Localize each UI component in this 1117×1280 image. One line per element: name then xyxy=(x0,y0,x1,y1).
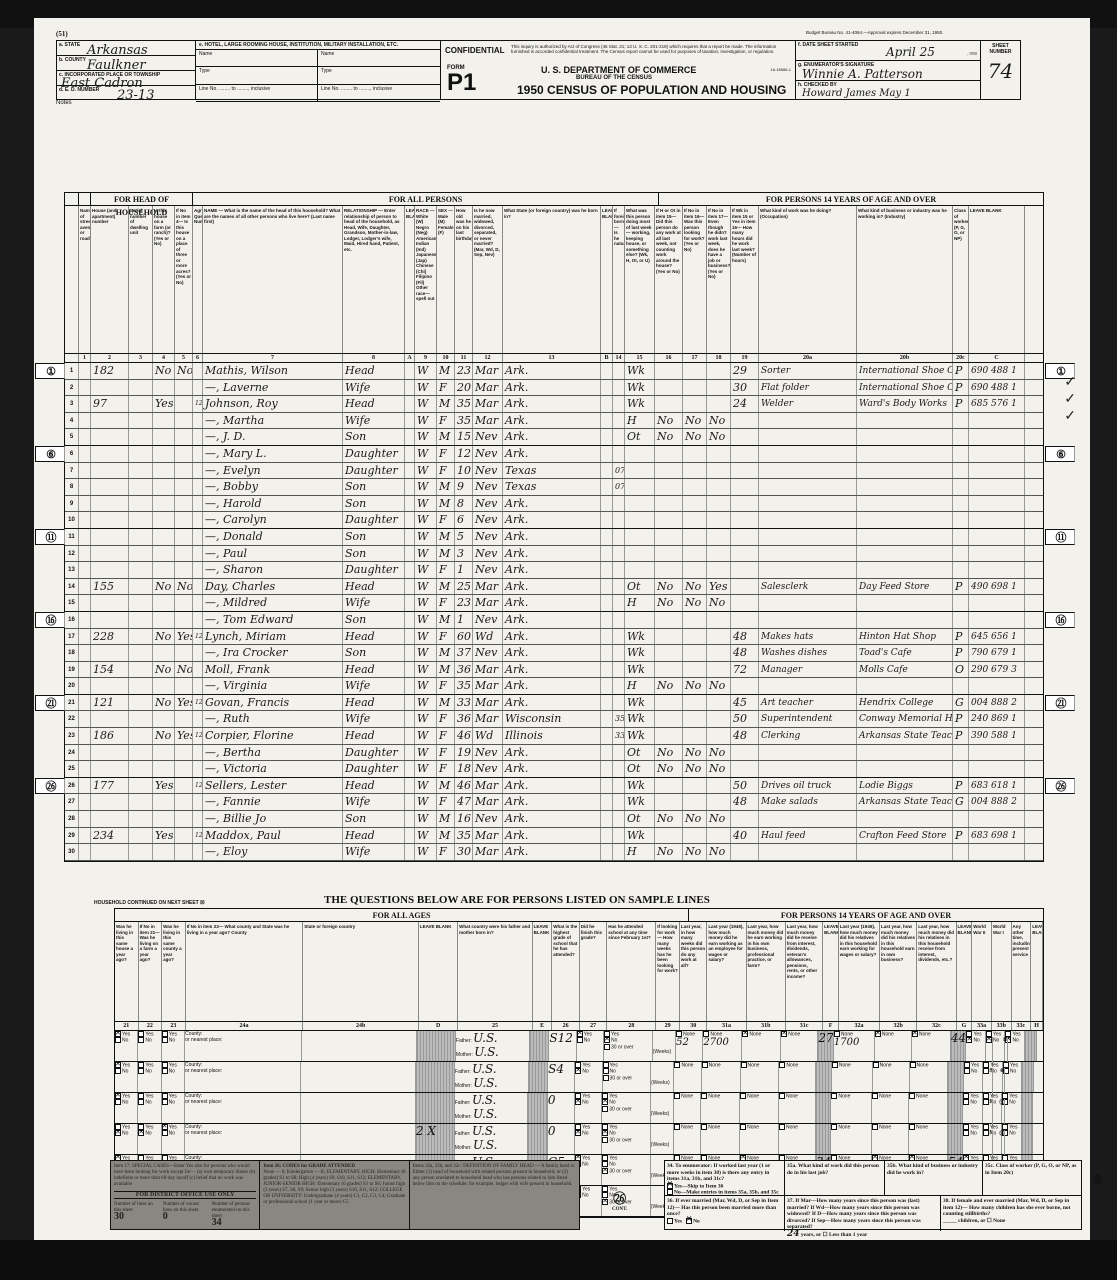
q22-no-checkbox[interactable] xyxy=(138,1068,144,1074)
table-row: 21121NoYes125Govan, FrancisHeadWM33MarAr… xyxy=(65,695,1043,712)
school-no-checkbox[interactable] xyxy=(602,1099,608,1105)
ww1-no-checkbox[interactable] xyxy=(983,1130,989,1136)
cell-rel: Head xyxy=(343,828,405,844)
cell-race: W xyxy=(415,413,437,429)
sample-column-header-27: Did he finish this grade? xyxy=(580,922,607,1021)
cell-hours: 45 xyxy=(731,695,759,711)
q23-no-checkbox[interactable] xyxy=(162,1130,168,1136)
cell-farm xyxy=(153,446,175,462)
wages-none-checkbox[interactable] xyxy=(701,1124,707,1130)
column-number-4: 4 xyxy=(153,354,175,362)
q21-yes-checkbox[interactable] xyxy=(115,1031,121,1037)
cell-nat xyxy=(613,745,625,761)
cell-acres xyxy=(175,612,193,628)
cell-acres xyxy=(175,546,193,562)
column-number-B: B xyxy=(601,354,613,362)
cell-code xyxy=(969,479,1025,495)
cell-code: 690 488 1 xyxy=(969,380,1025,396)
column-number-20c: 20c xyxy=(953,354,969,362)
sample-cell-32c: None xyxy=(912,1031,951,1061)
sample-column-header-25: What country were his father and mother … xyxy=(458,922,532,1021)
cell-blank xyxy=(405,794,415,810)
business-none-checkbox[interactable] xyxy=(740,1124,746,1130)
cell-mar: Mar xyxy=(473,595,503,611)
q23-no-checkbox[interactable] xyxy=(162,1099,168,1105)
q21-no-checkbox[interactable] xyxy=(115,1130,121,1136)
cell-age: 16 xyxy=(455,811,473,827)
cell-mar: Nev xyxy=(473,562,503,578)
cell-house xyxy=(91,529,129,545)
sample-cell-23: YesNo xyxy=(162,1124,185,1154)
line-number: 13 xyxy=(65,562,79,578)
cell-q18: No xyxy=(707,745,731,761)
sample-cell-26: S4 xyxy=(548,1062,575,1092)
cell-house: 228 xyxy=(91,629,129,645)
q23-no-checkbox[interactable] xyxy=(162,1068,168,1074)
q23-no-checkbox[interactable] xyxy=(162,1037,168,1043)
cell-activity: H xyxy=(625,595,655,611)
cell-agri xyxy=(193,496,203,512)
item36-yes-checkbox[interactable] xyxy=(667,1218,673,1224)
item34-no-checkbox[interactable] xyxy=(667,1189,673,1195)
sample-line-marker: ① xyxy=(35,363,65,379)
cell-acres: No xyxy=(175,363,193,379)
sample-cell-30: None xyxy=(674,1124,701,1154)
ww1-yes-checkbox[interactable] xyxy=(983,1093,989,1099)
cell-occupation xyxy=(759,429,857,445)
cell-race: W xyxy=(415,363,437,379)
cell-q16: No xyxy=(655,678,683,694)
ww2-no-checkbox[interactable] xyxy=(964,1068,970,1074)
cell-acres xyxy=(175,479,193,495)
cell-race: W xyxy=(415,463,437,479)
cell-rel: Wife xyxy=(343,595,405,611)
cell-hours: 48 xyxy=(731,794,759,810)
ww2-yes-checkbox[interactable] xyxy=(963,1124,969,1130)
q21-no-checkbox[interactable] xyxy=(115,1037,121,1043)
school-30-over-checkbox[interactable] xyxy=(602,1106,608,1112)
table-row: 20—, VirginiaWifeWF35MarArk.HNoNoNo xyxy=(65,678,1043,695)
cell-name: Govan, Francis xyxy=(203,695,343,711)
sheet-number: 74 xyxy=(981,55,1020,83)
q22-yes-checkbox[interactable] xyxy=(138,1093,144,1099)
cell-sex: M xyxy=(437,363,455,379)
rel-business-none-checkbox[interactable] xyxy=(873,1062,879,1068)
rel-business-none-checkbox[interactable] xyxy=(872,1093,878,1099)
sample-cell-33a: YesNo xyxy=(963,1124,982,1154)
cell-sex: M xyxy=(437,695,455,711)
finished-no-checkbox[interactable] xyxy=(577,1037,583,1043)
population-table: FOR HEAD OF HOUSEHOLD FOR ALL PERSONS FO… xyxy=(64,192,1044,862)
cell-activity: Ot xyxy=(625,761,655,777)
cell-q16 xyxy=(655,645,683,661)
rel-wages-none-checkbox[interactable] xyxy=(831,1124,837,1130)
finished-no-checkbox[interactable] xyxy=(575,1099,581,1105)
cell-mar: Nev xyxy=(473,463,503,479)
line-number: 20 xyxy=(65,678,79,694)
cell-blank xyxy=(405,396,415,412)
school-30-over-checkbox[interactable] xyxy=(603,1075,609,1081)
cell-mar: Wd xyxy=(473,629,503,645)
school-yes-checkbox[interactable] xyxy=(603,1062,609,1068)
cell-occupation xyxy=(759,595,857,611)
ww1-yes-checkbox[interactable] xyxy=(983,1124,989,1130)
persons-value: 34 xyxy=(212,1220,257,1226)
sample-column-header-D: LEAVE BLANK xyxy=(419,922,458,1021)
cell-name: —, Mildred xyxy=(203,595,343,611)
other-income-none-checkbox[interactable] xyxy=(779,1093,785,1099)
sample-cell-32b: None xyxy=(872,1124,909,1154)
item36-no-checkbox[interactable] xyxy=(686,1218,692,1224)
cell-farm xyxy=(153,612,175,628)
rel-wages-none-checkbox[interactable] xyxy=(834,1031,840,1037)
date-value: April 25 xyxy=(886,45,935,59)
cell-q16 xyxy=(655,695,683,711)
cell-blank xyxy=(79,562,91,578)
column-number-C: C xyxy=(969,354,1025,362)
sample-column-header-31c: Last year, how much money did he receive… xyxy=(786,922,823,1021)
cell-acres xyxy=(175,844,193,860)
cell-nat xyxy=(613,546,625,562)
sample-cell-G xyxy=(948,1124,964,1154)
cell-occupation xyxy=(759,844,857,860)
items-34-38: 34. To enumerator: If worked last year (… xyxy=(664,1160,1082,1230)
cell-q17 xyxy=(683,629,707,645)
q21-no-checkbox[interactable] xyxy=(115,1099,121,1105)
table-body: 1182NoNoMathis, WilsonHeadWM23MarArk.Wk2… xyxy=(65,363,1043,861)
cell-farm xyxy=(153,529,175,545)
weeks-none-checkbox[interactable] xyxy=(674,1124,680,1130)
cell-q18 xyxy=(707,828,731,844)
sample-cell-31a: None xyxy=(701,1093,740,1123)
cell-q16 xyxy=(655,446,683,462)
school-yes-checkbox[interactable] xyxy=(602,1155,608,1161)
sheet-number-block: SHEET NUMBER 74 xyxy=(981,40,1021,100)
cell-rel: Daughter xyxy=(343,761,405,777)
cell-blank xyxy=(601,629,613,645)
sample-column-number-F: F xyxy=(823,1022,839,1030)
cell-nat xyxy=(613,778,625,794)
table-row: 11—, DonaldSonWM5NevArk.⑪⑪ xyxy=(65,529,1043,546)
cell-blank xyxy=(601,678,613,694)
q22-no-checkbox[interactable] xyxy=(138,1130,144,1136)
q23-yes-checkbox[interactable] xyxy=(162,1031,168,1037)
cell-hours: 72 xyxy=(731,662,759,678)
column-number-A: A xyxy=(405,354,415,362)
q22-no-checkbox[interactable] xyxy=(138,1037,144,1043)
school-no-checkbox[interactable] xyxy=(603,1068,609,1074)
cell-code: 004 888 2 xyxy=(969,695,1025,711)
column-header-18: If No in item 17— Even though he didn't … xyxy=(707,206,731,353)
cell-agri xyxy=(193,662,203,678)
cell-occupation: Flat folder xyxy=(759,380,857,396)
cell-agri: 127 xyxy=(193,778,203,794)
q21-yes-checkbox[interactable] xyxy=(115,1093,121,1099)
item36-yes-label: Yes xyxy=(674,1218,682,1224)
cell-name: —, Paul xyxy=(203,546,343,562)
rel-other-none-checkbox[interactable] xyxy=(909,1093,915,1099)
item34-yes-checkbox[interactable] xyxy=(667,1183,673,1189)
line-number: 11 xyxy=(65,529,79,545)
cell-blank xyxy=(129,794,153,810)
cell-acres xyxy=(175,678,193,694)
cell-blank xyxy=(601,529,613,545)
cell-industry xyxy=(857,612,953,628)
cell-q16 xyxy=(655,363,683,379)
cell-rel: Head xyxy=(343,396,405,412)
item36-no-label: No xyxy=(693,1218,700,1224)
cell-farm xyxy=(153,844,175,860)
rel-business-none-checkbox[interactable] xyxy=(872,1124,878,1130)
sample-cell-33c: YesNo xyxy=(1005,1031,1025,1061)
cell-agri: 128 xyxy=(193,828,203,844)
cell-age: 10 xyxy=(455,463,473,479)
weeks-none-checkbox[interactable] xyxy=(676,1031,682,1037)
column-number-5: 5 xyxy=(175,354,193,362)
item37-value: 24 xyxy=(787,1229,800,1239)
sample-line-marker-right: ⑪ xyxy=(1045,529,1075,545)
cell-born: Ark. xyxy=(503,645,601,661)
q22-no-checkbox[interactable] xyxy=(138,1099,144,1105)
rel-other-none-checkbox[interactable] xyxy=(912,1031,918,1037)
confidential-label: CONFIDENTIAL xyxy=(445,46,505,55)
cell-acres xyxy=(175,496,193,512)
sample-line-marker: ㉖ xyxy=(35,778,65,794)
cell-rel: Wife xyxy=(343,678,405,694)
wages-none-checkbox[interactable] xyxy=(703,1031,709,1037)
cell-race: W xyxy=(415,629,437,645)
line-number: 17 xyxy=(65,629,79,645)
cell-hours: 50 xyxy=(731,711,759,727)
line-number: 10 xyxy=(65,512,79,528)
cont-label: CONT. xyxy=(612,1207,627,1212)
cell-industry: International Shoe Co. xyxy=(857,380,953,396)
q22-yes-checkbox[interactable] xyxy=(138,1062,144,1068)
line-number: 24 xyxy=(65,745,79,761)
cell-blank xyxy=(79,463,91,479)
cell-acres: Yes xyxy=(175,695,193,711)
business-none-checkbox[interactable] xyxy=(740,1093,746,1099)
column-header-4: Is this house on a farm (or ranch)? (Yes… xyxy=(153,206,175,353)
sample-column-number-31a: 31a xyxy=(707,1022,746,1030)
cell-industry xyxy=(857,844,953,860)
sample-cell-21: YesNo xyxy=(115,1124,138,1154)
cell-race: W xyxy=(415,844,437,860)
q21-yes-checkbox[interactable] xyxy=(115,1062,121,1068)
cell-nat: 33 xyxy=(613,728,625,744)
sample-column-number-24a: 24a xyxy=(186,1022,304,1030)
ww2-no-checkbox[interactable] xyxy=(963,1099,969,1105)
cell-house: 121 xyxy=(91,695,129,711)
weeks-none-checkbox[interactable] xyxy=(674,1093,680,1099)
sample-column-number-32c: 32c xyxy=(917,1022,956,1030)
cell-age: 9 xyxy=(455,479,473,495)
cell-occupation xyxy=(759,529,857,545)
rel-other-none-checkbox[interactable] xyxy=(909,1124,915,1130)
q23-yes-checkbox[interactable] xyxy=(162,1093,168,1099)
cell-farm xyxy=(153,745,175,761)
cell-q16 xyxy=(655,496,683,512)
ww2-no-checkbox[interactable] xyxy=(966,1037,972,1043)
cell-sex: F xyxy=(437,446,455,462)
rel-wages-none-checkbox[interactable] xyxy=(832,1062,838,1068)
q23-yes-checkbox[interactable] xyxy=(162,1124,168,1130)
column-number-20a: 20a xyxy=(759,354,857,362)
sample-cell-27: YesNo xyxy=(575,1124,602,1154)
cell-race: W xyxy=(415,380,437,396)
continuation-marker: ㉖ CONT. xyxy=(612,1188,627,1212)
business-none-checkbox[interactable] xyxy=(741,1062,747,1068)
cell-occupation: Haul feed xyxy=(759,828,857,844)
cell-sex: F xyxy=(437,844,455,860)
cell-activity xyxy=(625,463,655,479)
cell-occupation xyxy=(759,761,857,777)
cell-hours xyxy=(731,546,759,562)
cell-class xyxy=(953,479,969,495)
cell-race: W xyxy=(415,794,437,810)
cell-agri xyxy=(193,711,203,727)
cell-race: W xyxy=(415,728,437,744)
school-30-over-checkbox[interactable] xyxy=(602,1137,608,1143)
cell-class xyxy=(953,678,969,694)
cell-class xyxy=(953,429,969,445)
cell-hours xyxy=(731,678,759,694)
sample-cell-32c: None xyxy=(909,1093,948,1123)
cell-hours xyxy=(731,612,759,628)
cell-blank xyxy=(129,595,153,611)
sample-cell-32a: None xyxy=(832,1062,873,1092)
wages-none-checkbox[interactable] xyxy=(702,1062,708,1068)
q21-no-checkbox[interactable] xyxy=(115,1068,121,1074)
sample-cell-31b: None xyxy=(742,1031,781,1061)
cell-q16 xyxy=(655,629,683,645)
school-yes-checkbox[interactable] xyxy=(602,1186,608,1192)
rel-wages-none-checkbox[interactable] xyxy=(831,1093,837,1099)
sample-cell-H xyxy=(1022,1093,1034,1123)
cell-q17 xyxy=(683,645,707,661)
other-income-none-checkbox[interactable] xyxy=(779,1124,785,1130)
wages: 2700 xyxy=(703,1037,728,1048)
cell-farm: No xyxy=(153,662,175,678)
cell-q17 xyxy=(683,479,707,495)
sample-column-header-30: Last year, in how many weeks did this pe… xyxy=(680,922,707,1021)
school-30-over-checkbox[interactable] xyxy=(602,1199,608,1205)
cell-born: Ark. xyxy=(503,745,601,761)
column-number-6: 6 xyxy=(193,354,203,362)
date-year: , 1950 xyxy=(967,51,977,56)
cell-class: P xyxy=(953,828,969,844)
ww2-yes-checkbox[interactable] xyxy=(964,1062,970,1068)
sample-cell-32a: None1700 xyxy=(834,1031,875,1061)
school-no-checkbox[interactable] xyxy=(604,1037,610,1043)
cell-farm xyxy=(153,562,175,578)
cell-blank xyxy=(129,380,153,396)
cell-occupation xyxy=(759,612,857,628)
cell-blank xyxy=(405,429,415,445)
business-none-checkbox[interactable] xyxy=(742,1031,748,1037)
cell-farm xyxy=(153,463,175,479)
cell-q17 xyxy=(683,446,707,462)
school-30-over-checkbox[interactable] xyxy=(604,1044,610,1050)
cell-born: Ark. xyxy=(503,413,601,429)
weeks-none-checkbox[interactable] xyxy=(674,1062,680,1068)
school-no-checkbox[interactable] xyxy=(602,1130,608,1136)
sample-line-marker-right: ㉖ xyxy=(1045,778,1075,794)
sample-column-header-G: LEAVE BLANK xyxy=(957,922,973,1021)
item26-codes: None — 0; Kindergarten — K; ELEMENTARY, … xyxy=(263,1170,405,1206)
table-row: 22—, RuthWifeWF36MarWisconsin35Wk50Super… xyxy=(65,711,1043,728)
sample-cell-32a: None xyxy=(831,1093,872,1123)
cell-blank xyxy=(79,645,91,661)
ww2-yes-checkbox[interactable] xyxy=(963,1093,969,1099)
cell-acres xyxy=(175,811,193,827)
cell-house xyxy=(91,595,129,611)
column-number-15: 15 xyxy=(625,354,655,362)
rel-business-none-checkbox[interactable] xyxy=(875,1031,881,1037)
cell-industry xyxy=(857,496,953,512)
cell-born: Ark. xyxy=(503,695,601,711)
cell-q17 xyxy=(683,794,707,810)
institution-lines-2: Line No. ........ to ........, inclusive xyxy=(318,85,440,102)
cell-q17 xyxy=(683,363,707,379)
line-number: 27 xyxy=(65,794,79,810)
cell-house: 154 xyxy=(91,662,129,678)
cell-age: 1 xyxy=(455,612,473,628)
wages-none-checkbox[interactable] xyxy=(701,1093,707,1099)
cell-industry xyxy=(857,562,953,578)
school-30-over-checkbox[interactable] xyxy=(602,1168,608,1174)
sample-cell-27: YesNo xyxy=(577,1031,604,1061)
cell-house xyxy=(91,811,129,827)
cell-blank xyxy=(601,828,613,844)
sample-cell-24a: County:or nearest place: xyxy=(185,1062,302,1092)
mother-birthplace: U.S. xyxy=(473,1138,497,1152)
cell-race: W xyxy=(415,761,437,777)
sample-column-header-F: LEAVE BLANK xyxy=(823,922,839,1021)
cell-mar: Nev xyxy=(473,612,503,628)
other-income-none-checkbox[interactable] xyxy=(781,1031,787,1037)
finished-yes-checkbox[interactable] xyxy=(577,1031,583,1037)
cell-age: 35 xyxy=(455,396,473,412)
cell-code: 645 656 1 xyxy=(969,629,1025,645)
cell-activity xyxy=(625,562,655,578)
q23-yes-checkbox[interactable] xyxy=(162,1062,168,1068)
finished-no-checkbox[interactable] xyxy=(575,1068,581,1074)
cell-hours: 48 xyxy=(731,645,759,661)
rel-other-none-checkbox[interactable] xyxy=(910,1062,916,1068)
sample-cell-D: 2 X xyxy=(416,1124,455,1154)
cell-q17: No xyxy=(683,745,707,761)
q22-yes-checkbox[interactable] xyxy=(138,1031,144,1037)
cell-blank xyxy=(601,413,613,429)
cell-industry xyxy=(857,745,953,761)
ww2-no-checkbox[interactable] xyxy=(963,1130,969,1136)
sample-column-header-26: What is the highest grade of school that… xyxy=(552,922,579,1021)
cell-rel: Head xyxy=(343,579,405,595)
finished-no-checkbox[interactable] xyxy=(575,1130,581,1136)
sample-cell-30: None52 xyxy=(676,1031,703,1061)
other-income-none-checkbox[interactable] xyxy=(779,1062,785,1068)
cell-name: —, Laverne xyxy=(203,380,343,396)
cell-name: —, Tom Edward xyxy=(203,612,343,628)
sample-cell-28: YesNo30 or over xyxy=(602,1124,651,1154)
cell-age: 12 xyxy=(455,446,473,462)
cell-industry xyxy=(857,429,953,445)
cell-nat xyxy=(613,828,625,844)
cell-q17: No xyxy=(683,579,707,595)
ww1-no-checkbox[interactable] xyxy=(983,1099,989,1105)
cell-q16: No xyxy=(655,413,683,429)
